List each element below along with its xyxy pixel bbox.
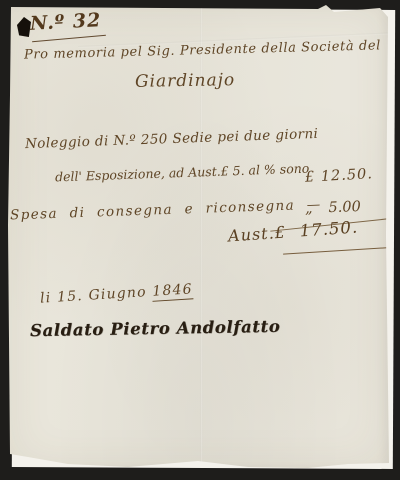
item1-amount: £ 12.50. bbox=[305, 166, 374, 186]
item1-line1: Noleggio di N.º 250 Sedie pei due giorni bbox=[25, 126, 319, 152]
item2-amount: 5.00 bbox=[328, 199, 361, 216]
total-underline bbox=[283, 246, 400, 254]
society-title: Giardinajo bbox=[135, 70, 236, 92]
item2-amount-group: „5.00 bbox=[305, 199, 361, 217]
docket-underline-flourish bbox=[32, 35, 106, 42]
total-amount: 17.50. bbox=[299, 217, 359, 240]
date-line: li 15. Giugno 1846 bbox=[40, 281, 194, 306]
item2-text: Spesa di consegna e riconsegna — bbox=[10, 197, 322, 224]
signature-line: Saldato Pietro Andolfatto bbox=[30, 317, 281, 340]
item1-line2: dell' Esposizione, ad Aust.£ 5. al % son… bbox=[55, 161, 310, 185]
date-year: 1846 bbox=[152, 281, 193, 301]
scan-background: N.º 32 Pro memoria pel Sig. Presidente d… bbox=[0, 0, 400, 480]
date-prefix: li 15. Giugno bbox=[40, 284, 153, 307]
ditto-mark: „ bbox=[305, 201, 313, 217]
total-currency-label: Aust.£ bbox=[227, 223, 286, 246]
total-row: Aust.£17.50. bbox=[227, 217, 358, 245]
docket-number: N.º 32 bbox=[29, 9, 101, 35]
document-paper: N.º 32 Pro memoria pel Sig. Presidente d… bbox=[8, 5, 389, 469]
